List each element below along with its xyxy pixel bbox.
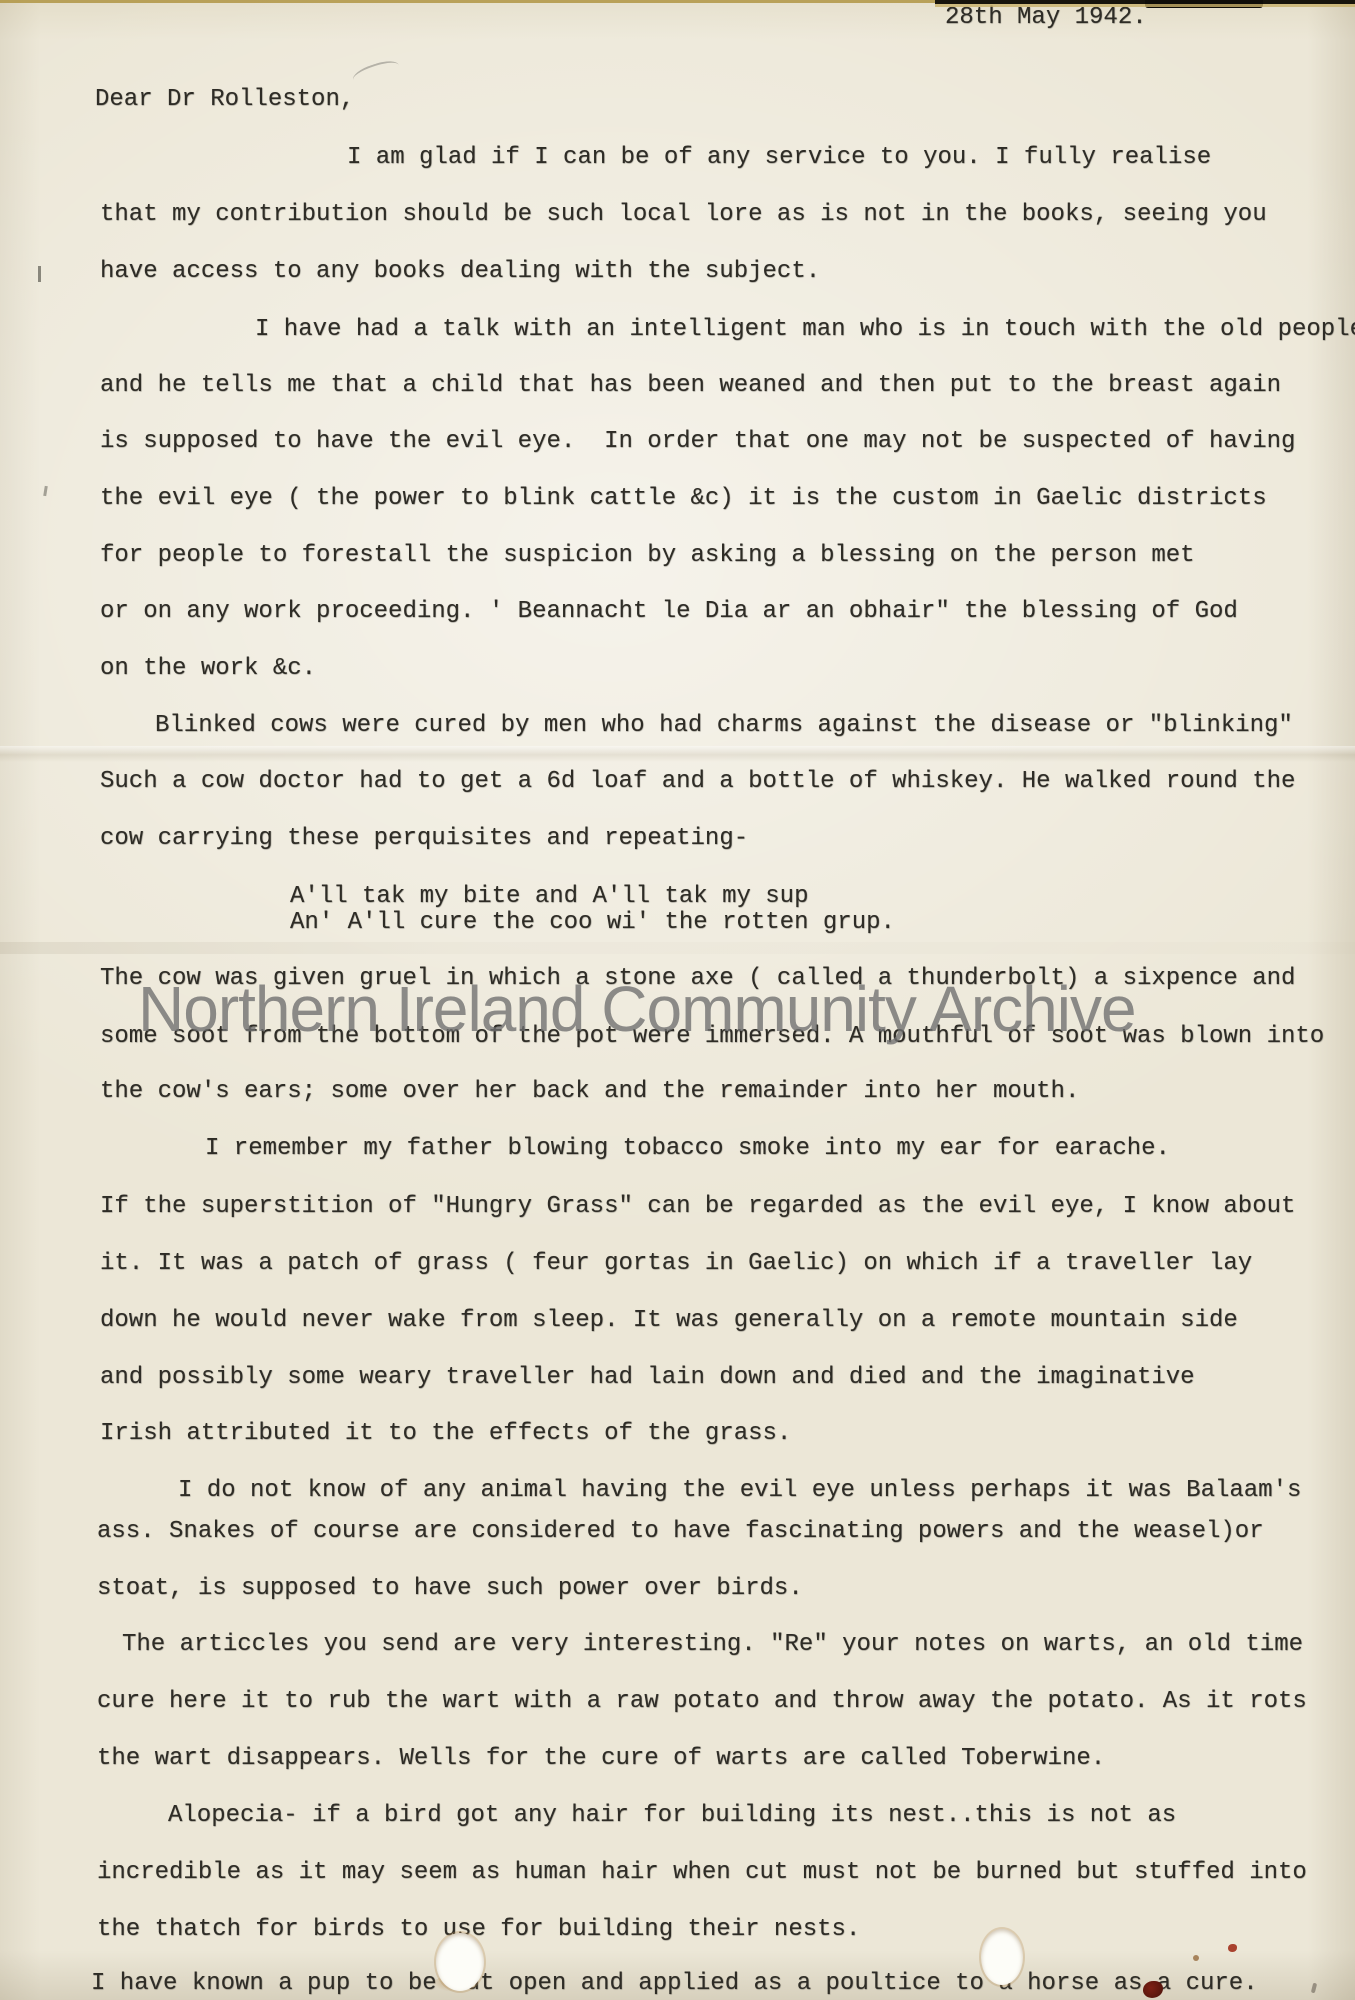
typed-line: I do not know of any animal having the e… [178, 1479, 1301, 1503]
typed-line: the cow's ears; some over her back and t… [100, 1080, 1079, 1104]
typed-line: or on any work proceeding. ' Beannacht l… [100, 600, 1238, 624]
typed-line: Such a cow doctor had to get a 6d loaf a… [100, 770, 1295, 794]
typed-line: I have had a talk with an intelligent ma… [255, 318, 1355, 342]
scan-tan-line [935, 4, 1355, 7]
date-line: 28th May 1942. [945, 6, 1147, 30]
fold-crease [0, 746, 1355, 762]
typed-line: for people to forestall the suspicion by… [100, 544, 1195, 568]
typed-line: I have known a pup to be cut open and ap… [91, 1972, 1258, 1996]
typed-line: and he tells me that a child that has be… [100, 374, 1281, 398]
typed-line: down he would never wake from sleep. It … [100, 1309, 1238, 1333]
typed-line: on the work &c. [100, 657, 316, 681]
typed-line: stoat, is supposed to have such power ov… [97, 1577, 803, 1601]
typed-line: is supposed to have the evil eye. In ord… [100, 430, 1295, 454]
verse-line: An' A'll cure the coo wi' the rotten gru… [290, 911, 895, 935]
verse-line: A'll tak my bite and A'll tak my sup [290, 885, 808, 909]
edge-mark [38, 266, 41, 282]
typed-line: incredible as it may seem as human hair … [97, 1861, 1307, 1885]
typed-line: that my contribution should be such loca… [100, 203, 1267, 227]
typed-line: I remember my father blowing tobacco smo… [205, 1137, 1170, 1161]
archive-watermark: Northern Ireland Community Archive [138, 972, 1136, 1046]
typed-line: the thatch for birds to use for building… [97, 1918, 860, 1942]
typed-line: If the superstition of "Hungry Grass" ca… [100, 1195, 1295, 1219]
punch-hole [436, 1933, 484, 1991]
letter-page: 28th May 1942.Dear Dr Rolleston,I am gla… [0, 0, 1355, 2000]
stain [1193, 1955, 1199, 1961]
pencil-mark [351, 57, 402, 88]
typed-line: cure here it to rub the wart with a raw … [97, 1690, 1307, 1714]
typed-line: I am glad if I can be of any service to … [347, 146, 1211, 170]
typed-line: the wart disappears. Wells for the cure … [97, 1747, 1105, 1771]
fold-crease [0, 942, 1355, 954]
typed-line: it. It was a patch of grass ( feur gorta… [100, 1252, 1252, 1276]
typed-line: Irish attributed it to the effects of th… [100, 1422, 791, 1446]
typed-line: Blinked cows were cured by men who had c… [155, 714, 1293, 738]
typed-line: and possibly some weary traveller had la… [100, 1366, 1195, 1390]
edge-mark [43, 486, 48, 496]
typed-line: cow carrying these perquisites and repea… [100, 827, 748, 851]
stain [1311, 1983, 1317, 1994]
salutation-line: Dear Dr Rolleston, [95, 88, 354, 112]
typed-line: the evil eye ( the power to blink cattle… [100, 487, 1267, 511]
punch-hole [981, 1929, 1023, 1985]
typed-line: ass. Snakes of course are considered to … [97, 1520, 1264, 1544]
typed-line: Alopecia- if a bird got any hair for bui… [168, 1804, 1176, 1828]
typed-line: have access to any books dealing with th… [100, 260, 820, 284]
typed-line: The articcles you send are very interest… [122, 1633, 1303, 1657]
stain [1228, 1944, 1237, 1952]
